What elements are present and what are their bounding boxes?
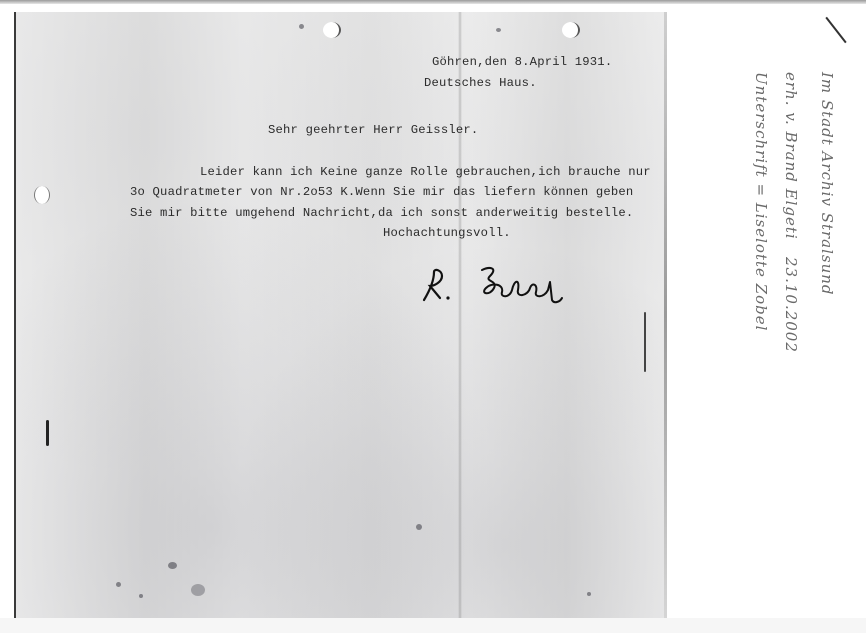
letter-sender-location: Deutsches Haus. (424, 77, 537, 89)
scan-bottom-edge (0, 618, 866, 633)
letter-body-line: Sie mir bitte umgehend Nachricht,da ich … (130, 207, 633, 219)
speck (496, 28, 501, 32)
punch-hole (562, 22, 580, 38)
annotation-received-line: erh. v. Brand Elgeti 23.10.2002 (782, 72, 800, 353)
letter-page (14, 12, 664, 618)
letter-date-line: Göhren,den 8.April 1931. (432, 56, 612, 68)
speck (168, 562, 177, 569)
punch-hole (323, 22, 341, 38)
speck (416, 524, 422, 530)
corner-slash-mark (825, 17, 846, 43)
speck (587, 592, 591, 596)
annotation-signature-line: Unterschrift = Liselotte Zobel (752, 72, 770, 331)
handwritten-signature: R. Zobel (420, 262, 570, 307)
speck (139, 594, 143, 598)
letter-body-line: 3o Quadratmeter von Nr.2o53 K.Wenn Sie m… (130, 186, 633, 198)
punch-hole (34, 186, 50, 204)
letter-closing: Hochachtungsvoll. (383, 227, 511, 239)
speck (116, 582, 121, 587)
paper-fold (458, 12, 462, 618)
letter-body-line: Leider kann ich Keine ganze Rolle gebrau… (200, 166, 651, 178)
edge-tear (644, 312, 646, 372)
speck (191, 584, 205, 596)
annotation-archive-line: Im Stadt Archiv Stralsund (818, 72, 836, 296)
scan-top-edge (0, 0, 866, 4)
speck (299, 24, 304, 29)
tear-mark (46, 420, 49, 446)
letter-salutation: Sehr geehrter Herr Geissler. (268, 124, 478, 136)
